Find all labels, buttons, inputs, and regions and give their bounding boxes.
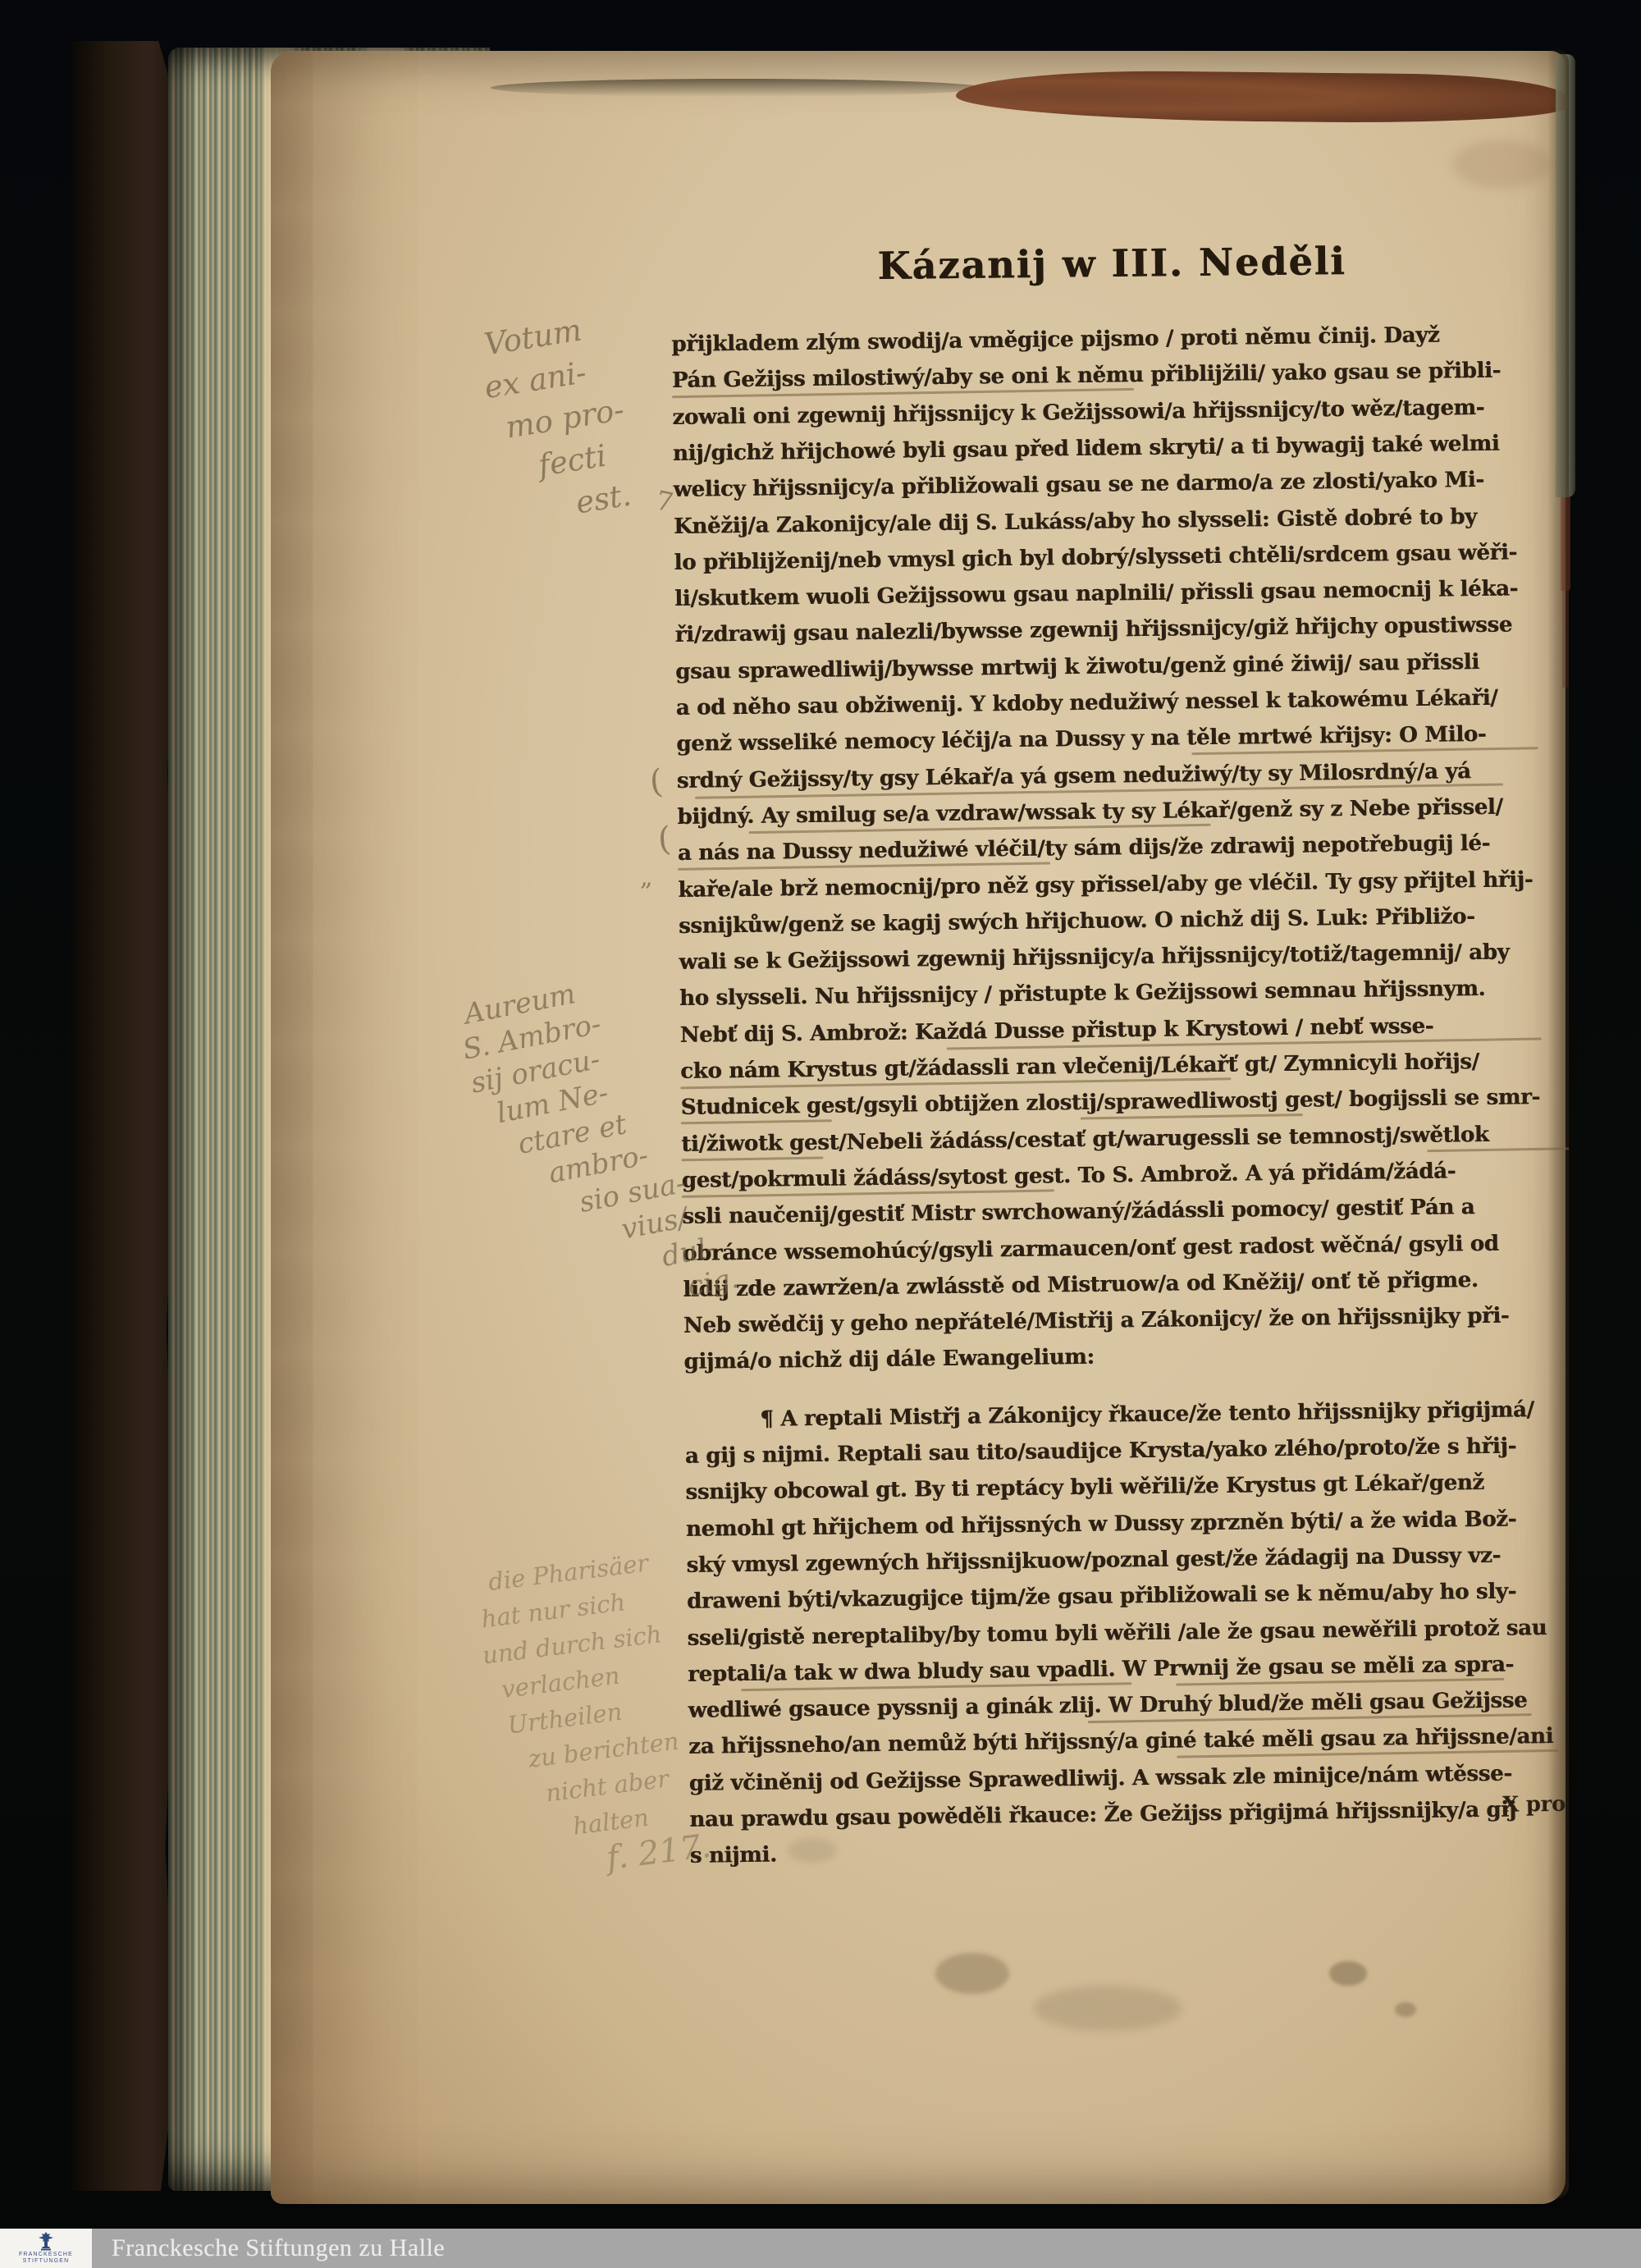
text-line: sseli/gistě nereptaliby/by tomu byli wěř… [687, 1615, 1575, 1650]
text-line: Neb swědčij y geho nepřátelé/Mistřij a Z… [683, 1303, 1571, 1338]
text-line: zowali oni zgewnij hřijssnijcy k Gežijss… [672, 394, 1560, 429]
text-line: a gij s nijmi. Reptali sau tito/saudijce… [685, 1434, 1573, 1469]
eagle-emblem-icon [35, 2230, 57, 2252]
text-line: draweni býti/vkazugijce tijm/že gsau při… [687, 1579, 1575, 1614]
text-line: Pán Gežijss milostiwý/aby se oni k němu … [672, 358, 1560, 393]
text-line: obránce wssemohúcý/gsyli zarmaucen/onť g… [683, 1230, 1570, 1265]
text-line: s nijmi. [690, 1833, 1578, 1868]
stain [935, 1953, 1009, 1994]
logo-caption-line1: FRANCKESCHE [19, 2252, 73, 2258]
text-line: ti/žiwotk gest/Nebeli žádáss/cestať gt/w… [681, 1121, 1569, 1156]
text-line: nij/gichž hřijchowé byli gsau před lidem… [673, 431, 1561, 466]
stain [1034, 1986, 1182, 2031]
stain [1452, 139, 1551, 189]
text-line: gest/pokrmuli žádáss/sytost gest. To S. … [682, 1158, 1570, 1193]
text-line: lo přiblijženij/neb vmysl gich byl dobrý… [674, 540, 1561, 575]
text-line: Kněžij/a Zakonijcy/ale dij S. Lukáss/aby… [674, 503, 1561, 538]
watermark-label: Franckesche Stiftungen zu Halle [112, 2235, 445, 2261]
ink-underline [1088, 1713, 1532, 1723]
ink-underline [946, 1037, 1541, 1049]
text-line: genž wsseliké nemocy léčij/a na Dussy y … [676, 721, 1564, 757]
text-line: welicy hřijssnijcy/a přibližowali gsau s… [673, 467, 1561, 502]
text-line: nemohl gt hřijchem od hřijssných w Dussy… [686, 1506, 1574, 1541]
text-line: gsau sprawedliwij/bywsse mrtwij k žiwotu… [675, 648, 1563, 684]
text-line: Nebť dij S. Ambrož: Každá Dusse přistup … [679, 1012, 1567, 1047]
text-line: ský vmysl zgewných hřijssnijkuow/poznal … [686, 1543, 1574, 1578]
printed-text-block: X pro přijkladem zlým swodij/a vměgijce … [671, 313, 1578, 1908]
text-line: ssli naučenij/gestiť Mistr swrchowaný/žá… [682, 1194, 1570, 1229]
text-line: a od něho sau obžiwenij. Y kdoby nedužiw… [676, 685, 1564, 720]
text-line: ssnijky obcowal gt. By ti reptácy byli w… [685, 1470, 1573, 1505]
stain [1395, 2002, 1416, 2017]
ink-underline [682, 1189, 1054, 1198]
watermark-bar: FRANCKESCHE STIFTUNGEN Franckesche Stift… [0, 2229, 1641, 2268]
text-line: přijkladem zlým swodij/a vměgijce pijsmo… [671, 322, 1559, 357]
book-binding-edge [72, 41, 183, 2191]
running-head: Kázanij w III. Neděli [825, 241, 1399, 285]
text-line: nau prawdu gsau powěděli řkauce: Že Geži… [689, 1797, 1577, 1832]
text-line: cko nám Krystus gt/žádassli ran vlečenij… [680, 1049, 1568, 1084]
text-line: li/skutkem wuoli Gežijssowu gsau naplnil… [674, 576, 1562, 611]
margin-pen-mark: „ [640, 863, 653, 892]
text-line: ssnijkůw/genž se kagij swých hřijchuow. … [679, 903, 1566, 939]
logo-caption-line2: STIFTUNGEN [23, 2258, 70, 2265]
text-line: wedliwé gsauce pyssnij a ginák zlij. W D… [688, 1688, 1575, 1723]
text-line: a nás na Dussy nedužiwé vléčil/ty sám di… [678, 830, 1566, 866]
ink-underline [1081, 1113, 1303, 1119]
ink-underline [741, 1682, 1131, 1691]
note-german: die Pharisäerhat nur sichund durch sichv… [472, 1541, 713, 1888]
text-line: ři/zdrawij gsau nalezli/bywsse zgewnij h… [674, 612, 1562, 647]
ink-underline [1191, 748, 1538, 756]
ink-underline [748, 824, 1210, 834]
text-line: ¶ A reptali Mistřj a Zákonijcy řkauce/že… [684, 1396, 1641, 1432]
scanned-book-page: Kázanij w III. Neděli X pro přijkladem z… [0, 0, 1641, 2268]
ink-underline [672, 388, 1134, 398]
text-line: bijdný. Ay smilug se/a vzdraw/wssak ty s… [677, 794, 1565, 830]
ink-underline [1427, 1147, 1569, 1152]
text-line: kaře/ale brž nemocnij/pro něž gsy přisse… [678, 867, 1566, 902]
text-line: wali se k Gežijssowi zgewnij hřijssnijcy… [679, 940, 1566, 975]
text-line: ho slysseli. Nu hřijssnijcy / přistupte … [679, 976, 1567, 1011]
stain [1329, 1961, 1367, 1986]
text-line: gijmá/o nichž dij dále Ewangelium: [683, 1339, 1571, 1374]
text-line: srdný Gežijssy/ty gsy Lékař/a yá gsem ne… [677, 757, 1565, 793]
ink-underline [1176, 1678, 1504, 1686]
ink-underline [678, 862, 1050, 871]
text-line: za hřijssneho/an nemůž býti hřijssný/a g… [688, 1724, 1576, 1759]
page-top-edge-shadow [491, 79, 983, 97]
margin-pen-mark: ( [656, 821, 672, 859]
text-line: reptali/a tak w dwa bludy sau vpadli. W … [688, 1651, 1575, 1686]
library-logo: FRANCKESCHE STIFTUNGEN [0, 2229, 92, 2268]
ink-underline [680, 1077, 1231, 1089]
text-line: Studnicek gest/gsyli obtijžen zlostij/sp… [680, 1085, 1568, 1120]
text-line: giž včiněnij od Gežijsse Sprawedliwij. A… [689, 1760, 1577, 1795]
ink-underline [1177, 1749, 1558, 1758]
text-line: lidij zde zawržen/a zwlásstě od Mistruow… [683, 1266, 1570, 1301]
